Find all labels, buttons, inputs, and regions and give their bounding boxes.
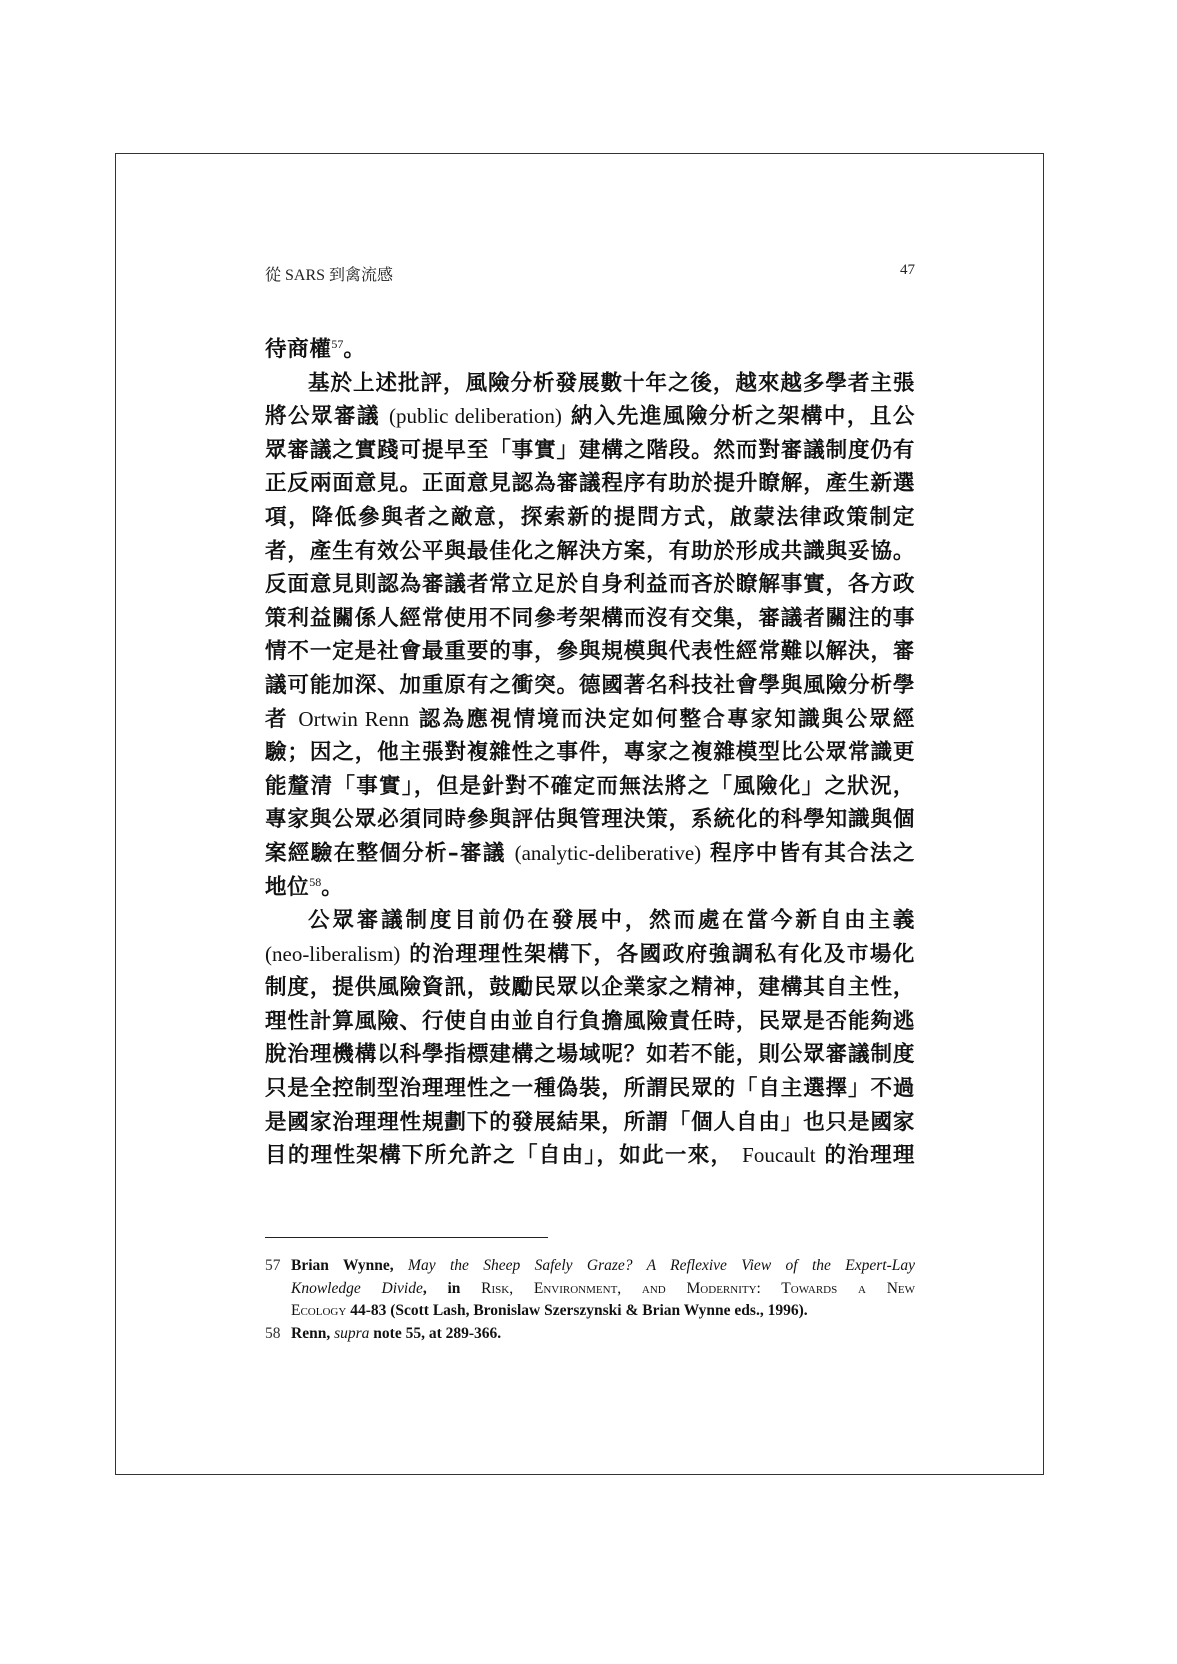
footnote-pages: 44-83 (Scott Lash, Bronislaw Szerszynski…	[350, 1302, 807, 1319]
text-line: 情不一定是社會最重要的事，參與規模與代表性經常難以解決，審	[265, 635, 915, 669]
text-line: 議可能加深、加重原有之衝突。德國著名科技社會學與風險分析學	[265, 669, 915, 703]
running-head-title: 從 SARS 到禽流感	[265, 262, 393, 285]
footnote-ref: 58	[309, 875, 321, 889]
text-line: 只是全控制型治理理性之一種偽裝，所謂民眾的「自主選擇」不過	[265, 1072, 915, 1106]
footnote-book-title: Risk, Environment, and Modernity: Toward…	[481, 1280, 915, 1297]
footnote-in: , in	[423, 1280, 461, 1297]
text-line: 目的理性架構下所允許之「自由」，如此一來， Foucault 的治理理	[265, 1139, 915, 1173]
text-line: 脫治理機構以科學指標建構之場域呢？如若不能，則公眾審議制度	[265, 1038, 915, 1072]
footnote-author: Renn,	[291, 1325, 330, 1342]
text-line: 公眾審議制度目前仍在發展中，然而處在當今新自由主義	[265, 904, 915, 938]
footnote-author: Brian Wynne,	[291, 1257, 394, 1274]
footnote-rest: note 55, at 289-366.	[373, 1325, 501, 1342]
footnote-article-title: May the Sheep Safely Graze? A Reflexive …	[408, 1257, 915, 1274]
footnote-number: 57	[265, 1255, 281, 1278]
text-line: 基於上述批評，風險分析發展數十年之後，越來越多學者主張	[265, 367, 915, 401]
text-line: (neo-liberalism) 的治理理性架構下，各國政府強調私有化及市場化	[265, 938, 915, 972]
text-line: 將公眾審議 (public deliberation) 納入先進風險分析之架構中…	[265, 400, 915, 434]
text-line: 反面意見則認為審議者常立足於自身利益而吝於瞭解事實，各方政	[265, 568, 915, 602]
footnote-number: 58	[265, 1323, 281, 1346]
footnote-separator	[265, 1237, 548, 1238]
page-number: 47	[900, 262, 915, 279]
text-line: 驗；因之，他主張對複雜性之事件，專家之複雜模型比公眾常識更	[265, 736, 915, 770]
footnote-ref: 57	[331, 337, 343, 351]
text-line: 地位58。	[265, 871, 915, 905]
text-line: 者 Ortwin Renn 認為應視情境而決定如何整合專家知識與公眾經	[265, 703, 915, 737]
body-text: 待商權57。基於上述批評，風險分析發展數十年之後，越來越多學者主張將公眾審議 (…	[265, 333, 915, 1173]
footnote-57: 57 Brian Wynne, May the Sheep Safely Gra…	[265, 1255, 915, 1323]
footnote-book-title-cont: Ecology	[291, 1302, 346, 1319]
text-line: 項，降低參與者之敵意，探索新的提問方式，啟蒙法律政策制定	[265, 501, 915, 535]
footnotes: 57 Brian Wynne, May the Sheep Safely Gra…	[265, 1255, 915, 1345]
text-line: 眾審議之實踐可提早至「事實」建構之階段。然而對審議制度仍有	[265, 434, 915, 468]
footnote-signal: supra	[334, 1325, 369, 1342]
text-line: 者，產生有效公平與最佳化之解決方案，有助於形成共識與妥協。	[265, 535, 915, 569]
text-line: 正反兩面意見。正面意見認為審議程序有助於提升瞭解，產生新選	[265, 467, 915, 501]
footnote-58: 58 Renn, supra note 55, at 289-366.	[265, 1323, 915, 1346]
text-line: 待商權57。	[265, 333, 915, 367]
text-line: 能釐清「事實」，但是針對不確定而無法將之「風險化」之狀況，	[265, 770, 915, 804]
running-head: 從 SARS 到禽流感 47	[265, 262, 915, 286]
text-line: 是國家治理理性規劃下的發展結果，所謂「個人自由」也只是國家	[265, 1106, 915, 1140]
footnote-article-title-cont: Knowledge Divide	[291, 1280, 423, 1297]
text-line: 專家與公眾必須同時參與評估與管理決策，系統化的科學知識與個	[265, 803, 915, 837]
text-line: 策利益關係人經常使用不同參考架構而沒有交集，審議者關注的事	[265, 602, 915, 636]
text-line: 理性計算風險、行使自由並自行負擔風險責任時，民眾是否能夠逃	[265, 1005, 915, 1039]
text-line: 制度，提供風險資訊，鼓勵民眾以企業家之精神，建構其自主性，	[265, 971, 915, 1005]
text-line: 案經驗在整個分析–審議 (analytic-deliberative) 程序中皆…	[265, 837, 915, 871]
